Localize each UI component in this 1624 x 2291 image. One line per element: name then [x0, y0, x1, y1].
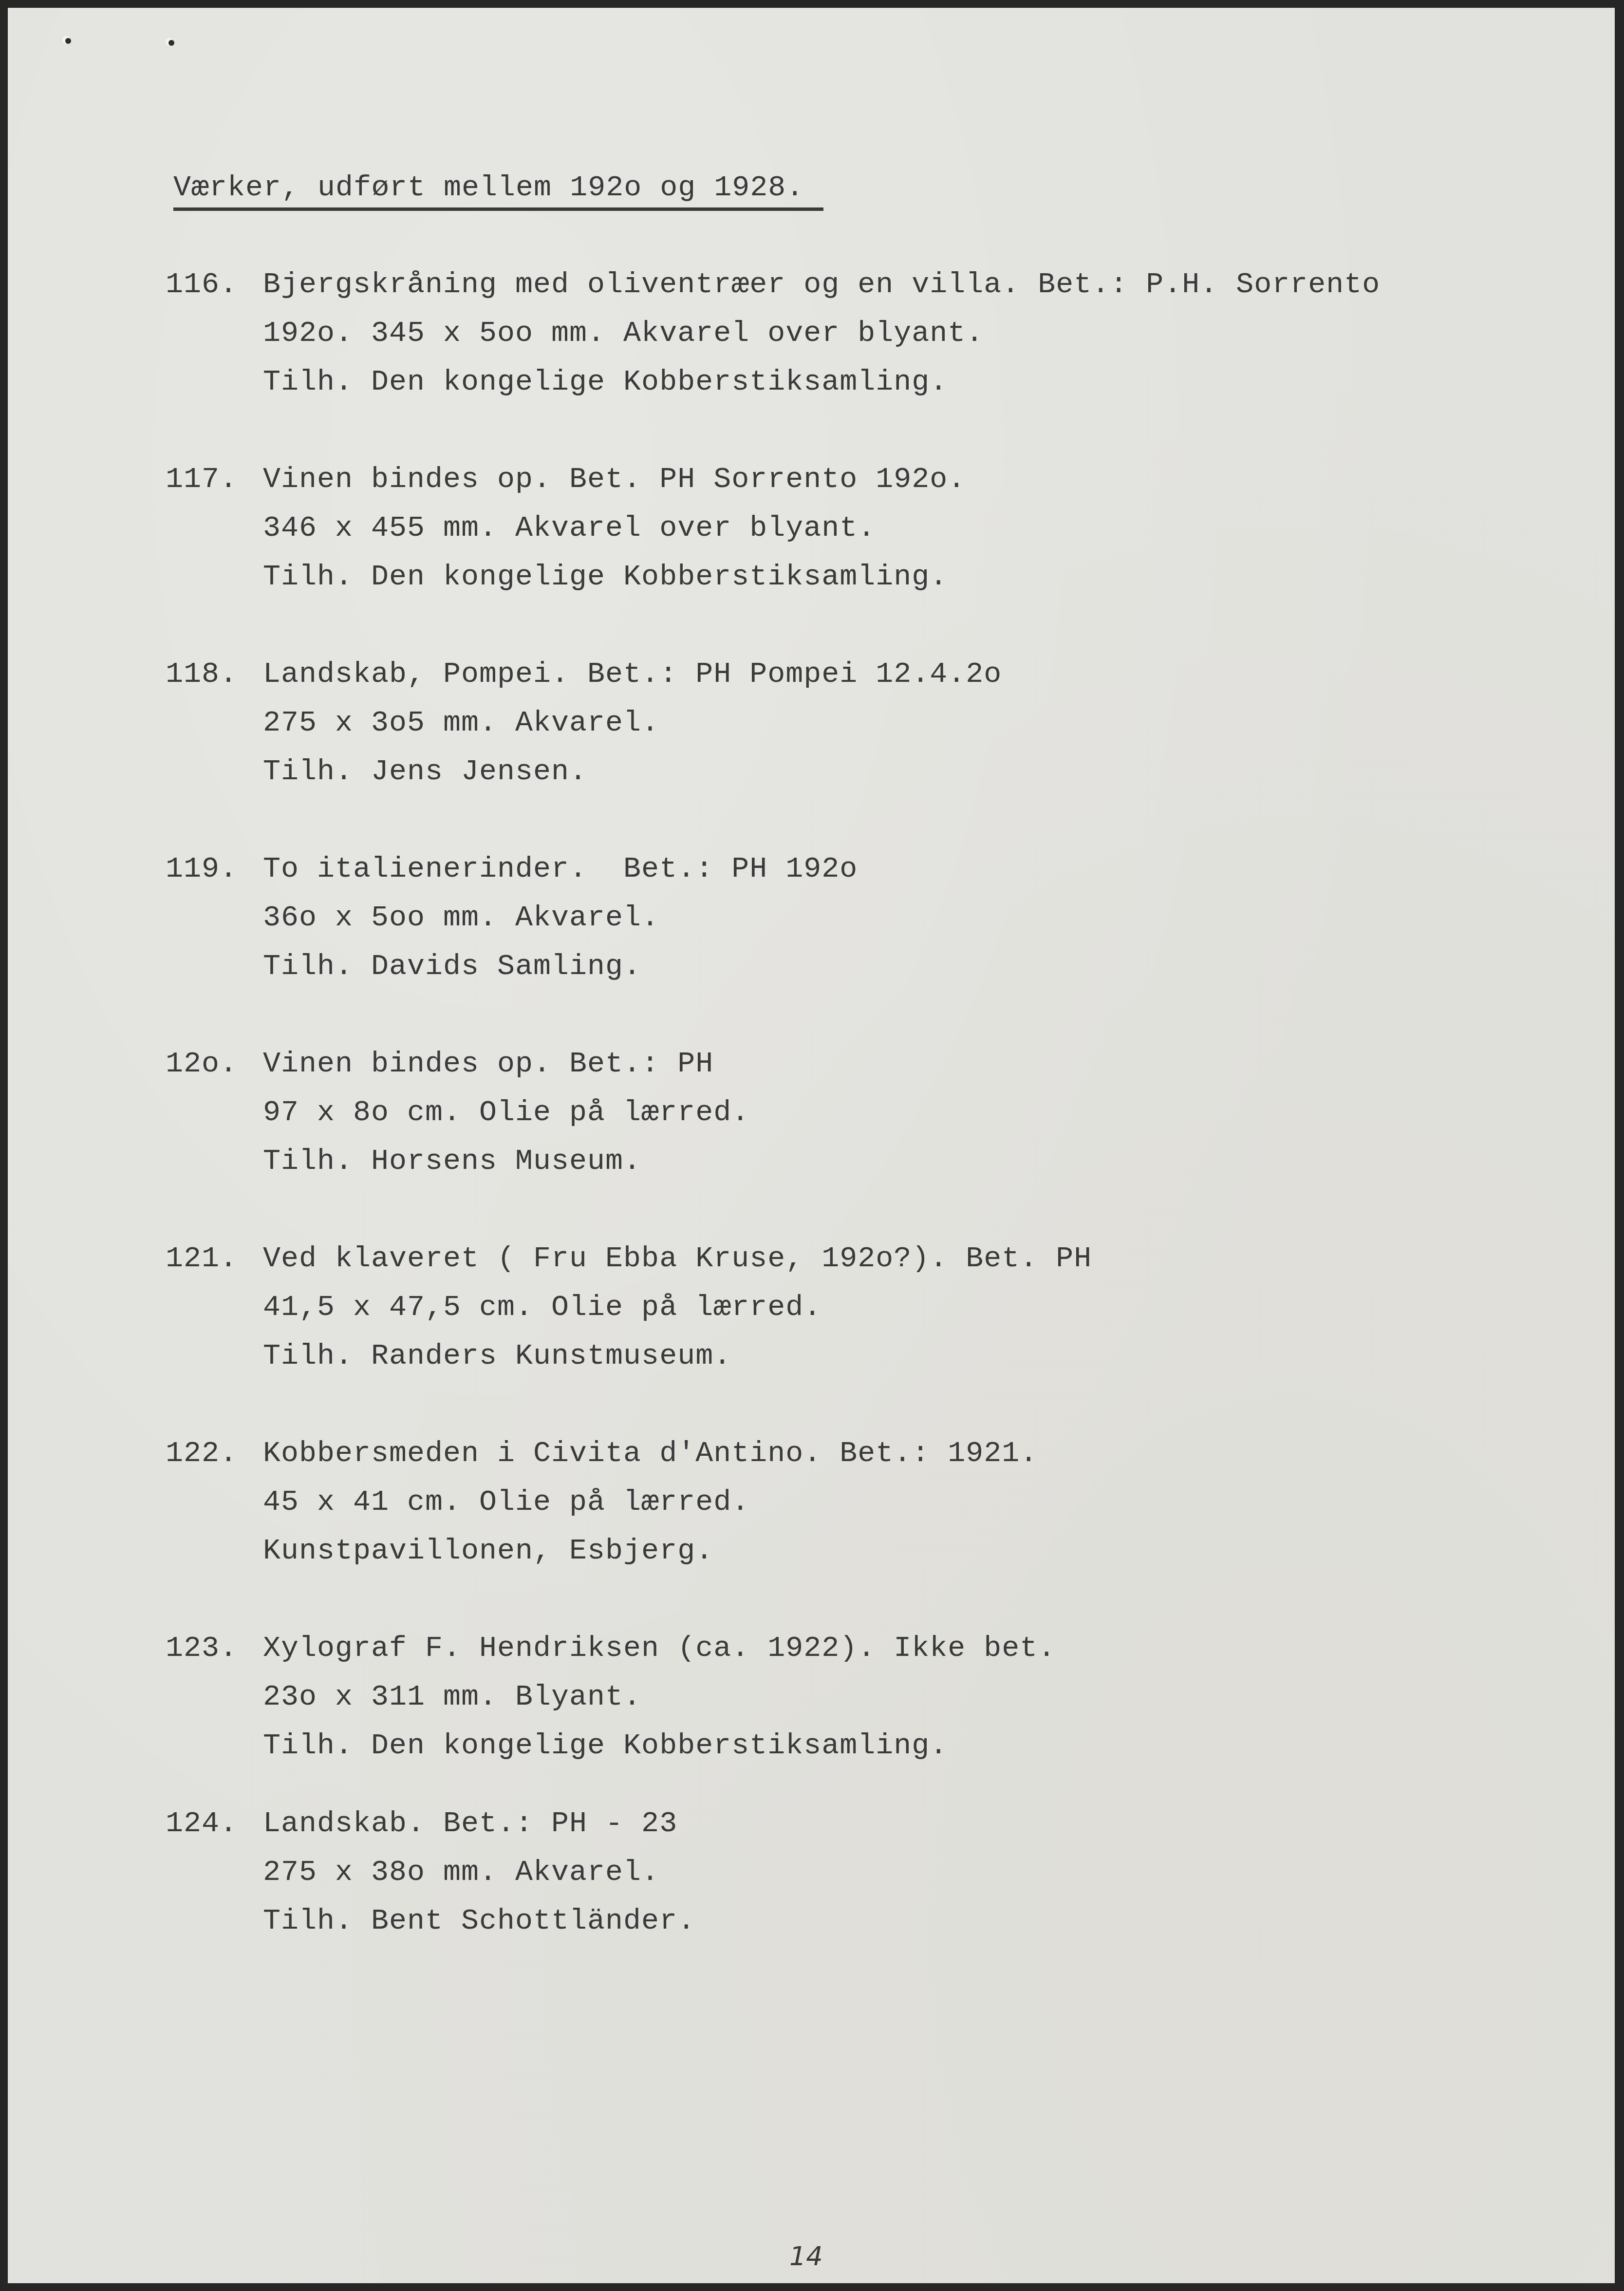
entry-title-line: 119.To italienerinder. Bet.: PH 192o — [166, 845, 858, 894]
entry-number: 117. — [166, 455, 263, 504]
section-heading: Værker, udført mellem 192o og 1928. — [173, 171, 823, 211]
entry-ownership-line: Tilh. Horsens Museum. — [166, 1137, 749, 1186]
entry-dimensions-line: 45 x 41 cm. Olie på lærred. — [166, 1478, 1038, 1527]
entry-title-line: 121.Ved klaveret ( Fru Ebba Kruse, 192o?… — [166, 1235, 1092, 1283]
indent-spacer — [166, 358, 263, 407]
entry-ownership-line: Tilh. Randers Kunstmuseum. — [166, 1332, 1092, 1381]
punch-hole-mark — [65, 38, 71, 44]
entry-text: Kobbersmeden i Civita d'Antino. Bet.: 19… — [263, 1429, 1038, 1478]
page-number: 14 — [789, 2241, 823, 2272]
entry-text: To italienerinder. Bet.: PH 192o — [263, 845, 858, 894]
entry-text: Tilh. Bent Schottländer. — [263, 1897, 695, 1946]
indent-spacer — [166, 1722, 263, 1770]
catalogue-entry: 121.Ved klaveret ( Fru Ebba Kruse, 192o?… — [166, 1235, 1092, 1381]
indent-spacer — [166, 1527, 263, 1576]
entry-title-line: 122.Kobbersmeden i Civita d'Antino. Bet.… — [166, 1429, 1038, 1478]
catalogue-entry: 124.Landskab. Bet.: PH - 23275 x 38o mm.… — [166, 1800, 695, 1946]
entry-text: Tilh. Den kongelige Kobberstiksamling. — [263, 358, 948, 407]
entry-text: Ved klaveret ( Fru Ebba Kruse, 192o?). B… — [263, 1235, 1092, 1283]
entry-text: 275 x 38o mm. Akvarel. — [263, 1848, 659, 1897]
entry-ownership-line: Tilh. Davids Samling. — [166, 942, 858, 991]
indent-spacer — [166, 1283, 263, 1332]
entry-text: 97 x 8o cm. Olie på lærred. — [263, 1089, 749, 1137]
entry-number: 124. — [166, 1800, 263, 1848]
entry-text: Tilh. Horsens Museum. — [263, 1137, 641, 1186]
catalogue-entry: 118.Landskab, Pompei. Bet.: PH Pompei 12… — [166, 650, 1002, 796]
entry-text: 346 x 455 mm. Akvarel over blyant. — [263, 504, 876, 553]
indent-spacer — [166, 1137, 263, 1186]
entry-ownership-line: Tilh. Jens Jensen. — [166, 748, 1002, 796]
indent-spacer — [166, 1089, 263, 1137]
entry-number: 119. — [166, 845, 263, 894]
entry-ownership-line: Tilh. Den kongelige Kobberstiksamling. — [166, 553, 966, 601]
entry-text: 23o x 311 mm. Blyant. — [263, 1673, 641, 1722]
entry-text: Kunstpavillonen, Esbjerg. — [263, 1527, 713, 1576]
entry-number: 121. — [166, 1235, 263, 1283]
indent-spacer — [166, 553, 263, 601]
catalogue-entry: 119.To italienerinder. Bet.: PH 192o36o … — [166, 845, 858, 991]
entry-text: 36o x 5oo mm. Akvarel. — [263, 894, 659, 942]
entry-text: 192o. 345 x 5oo mm. Akvarel over blyant. — [263, 309, 984, 358]
indent-spacer — [166, 1848, 263, 1897]
entry-number: 116. — [166, 261, 263, 309]
catalogue-entry: 116.Bjergskråning med oliventræer og en … — [166, 261, 1380, 407]
entry-dimensions-line: 275 x 38o mm. Akvarel. — [166, 1848, 695, 1897]
indent-spacer — [166, 748, 263, 796]
indent-spacer — [166, 942, 263, 991]
entry-text: Landskab. Bet.: PH - 23 — [263, 1800, 677, 1848]
entry-title-line: 12o.Vinen bindes op. Bet.: PH — [166, 1040, 749, 1089]
entry-dimensions-line: 275 x 3o5 mm. Akvarel. — [166, 699, 1002, 748]
entry-dimensions-line: 41,5 x 47,5 cm. Olie på lærred. — [166, 1283, 1092, 1332]
entry-text: Vinen bindes op. Bet. PH Sorrento 192o. — [263, 455, 966, 504]
entry-text: Landskab, Pompei. Bet.: PH Pompei 12.4.2… — [263, 650, 1002, 699]
entry-dimensions-line: 36o x 5oo mm. Akvarel. — [166, 894, 858, 942]
entry-text: 41,5 x 47,5 cm. Olie på lærred. — [263, 1283, 821, 1332]
entry-dimensions-line: 97 x 8o cm. Olie på lærred. — [166, 1089, 749, 1137]
catalogue-entry: 117.Vinen bindes op. Bet. PH Sorrento 19… — [166, 455, 966, 601]
entry-text: Tilh. Den kongelige Kobberstiksamling. — [263, 553, 948, 601]
entry-dimensions-line: 23o x 311 mm. Blyant. — [166, 1673, 1056, 1722]
entry-title-line: 124.Landskab. Bet.: PH - 23 — [166, 1800, 695, 1848]
entry-ownership-line: Kunstpavillonen, Esbjerg. — [166, 1527, 1038, 1576]
entry-ownership-line: Tilh. Den kongelige Kobberstiksamling. — [166, 1722, 1056, 1770]
entry-ownership-line: Tilh. Den kongelige Kobberstiksamling. — [166, 358, 1380, 407]
entry-text: Tilh. Den kongelige Kobberstiksamling. — [263, 1722, 948, 1770]
catalogue-entry: 12o.Vinen bindes op. Bet.: PH97 x 8o cm.… — [166, 1040, 749, 1186]
punch-hole-mark — [168, 40, 174, 46]
entry-text: 275 x 3o5 mm. Akvarel. — [263, 699, 659, 748]
entry-text: Tilh. Jens Jensen. — [263, 748, 587, 796]
indent-spacer — [166, 504, 263, 553]
entry-title-line: 116.Bjergskråning med oliventræer og en … — [166, 261, 1380, 309]
entry-number: 118. — [166, 650, 263, 699]
entry-number: 12o. — [166, 1040, 263, 1089]
indent-spacer — [166, 309, 263, 358]
entry-dimensions-line: 346 x 455 mm. Akvarel over blyant. — [166, 504, 966, 553]
entry-text: Xylograf F. Hendriksen (ca. 1922). Ikke … — [263, 1624, 1056, 1673]
indent-spacer — [166, 894, 263, 942]
entry-text: 45 x 41 cm. Olie på lærred. — [263, 1478, 749, 1527]
indent-spacer — [166, 699, 263, 748]
entry-text: Tilh. Randers Kunstmuseum. — [263, 1332, 731, 1381]
catalogue-entry: 122.Kobbersmeden i Civita d'Antino. Bet.… — [166, 1429, 1038, 1576]
entry-ownership-line: Tilh. Bent Schottländer. — [166, 1897, 695, 1946]
indent-spacer — [166, 1478, 263, 1527]
entry-title-line: 123.Xylograf F. Hendriksen (ca. 1922). I… — [166, 1624, 1056, 1673]
indent-spacer — [166, 1673, 263, 1722]
entry-dimensions-line: 192o. 345 x 5oo mm. Akvarel over blyant. — [166, 309, 1380, 358]
entry-title-line: 117.Vinen bindes op. Bet. PH Sorrento 19… — [166, 455, 966, 504]
entry-number: 122. — [166, 1429, 263, 1478]
indent-spacer — [166, 1897, 263, 1946]
catalogue-entry: 123.Xylograf F. Hendriksen (ca. 1922). I… — [166, 1624, 1056, 1770]
entry-number: 123. — [166, 1624, 263, 1673]
entry-text: Tilh. Davids Samling. — [263, 942, 641, 991]
indent-spacer — [166, 1332, 263, 1381]
entry-text: Bjergskråning med oliventræer og en vill… — [263, 261, 1380, 309]
entry-title-line: 118.Landskab, Pompei. Bet.: PH Pompei 12… — [166, 650, 1002, 699]
entry-text: Vinen bindes op. Bet.: PH — [263, 1040, 713, 1089]
document-page: Værker, udført mellem 192o og 1928. 116.… — [8, 8, 1615, 2283]
